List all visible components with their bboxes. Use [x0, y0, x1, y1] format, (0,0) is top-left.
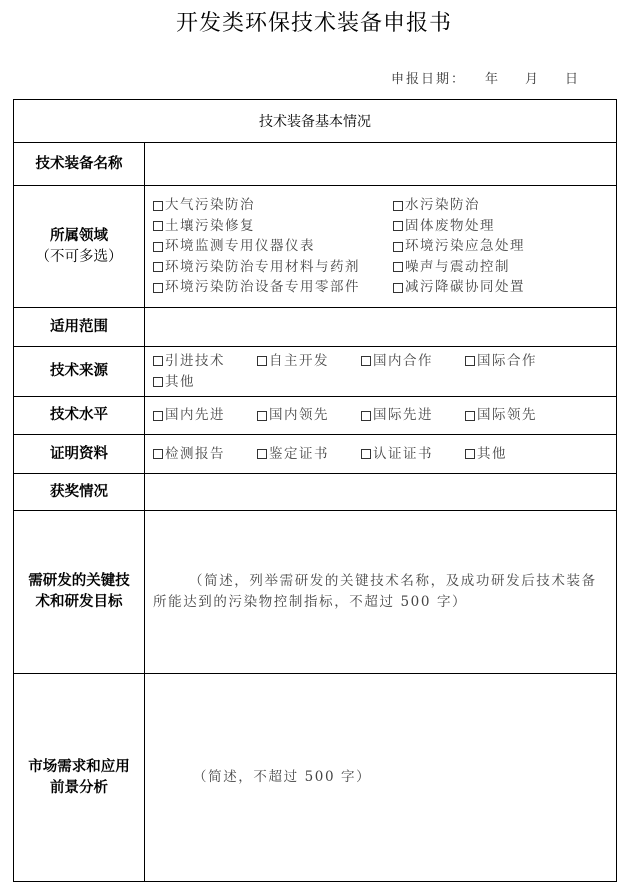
checkbox-icon[interactable]	[153, 242, 163, 252]
proof-option-certification[interactable]: 认证证书	[361, 444, 465, 465]
checkbox-icon[interactable]	[393, 242, 403, 252]
checkbox-icon[interactable]	[465, 356, 475, 366]
row-domain: 所属领域 （不可多选） 大气污染防治 水污染防治 土壤污染修复 固体废物处理 环…	[14, 186, 617, 308]
domain-option-monitoring[interactable]: 环境监测专用仪器仪表	[153, 236, 393, 257]
checkbox-icon[interactable]	[257, 449, 267, 459]
tech-source-label: 技术来源	[14, 347, 145, 397]
checkbox-icon[interactable]	[153, 283, 163, 293]
date-month-label: 月	[525, 68, 565, 87]
awards-label: 获奖情况	[14, 474, 145, 511]
checkbox-icon[interactable]	[153, 377, 163, 387]
domain-option-components[interactable]: 环境污染防治设备专用零部件	[153, 277, 393, 298]
domain-options: 大气污染防治 水污染防治 土壤污染修复 固体废物处理 环境监测专用仪器仪表 环境…	[145, 186, 617, 308]
row-rd-goals: 需研发的关键技 术和研发目标 （简述，列举需研发的关键技术名称，及成功研发后技术…	[14, 511, 617, 674]
domain-option-emergency[interactable]: 环境污染应急处理	[393, 236, 613, 257]
row-scope: 适用范围	[14, 308, 617, 347]
proof-label: 证明资料	[14, 435, 145, 474]
rd-goals-hint: （简述，列举需研发的关键技术名称，及成功研发后技术装备 所能达到的污染物控制指标…	[153, 571, 616, 613]
domain-option-materials[interactable]: 环境污染防治专用材料与药剂	[153, 257, 393, 278]
checkbox-icon[interactable]	[153, 356, 163, 366]
equipment-name-label: 技术装备名称	[14, 143, 145, 186]
checkbox-icon[interactable]	[257, 356, 267, 366]
source-option-domestic-coop[interactable]: 国内合作	[361, 351, 465, 372]
scope-label: 适用范围	[14, 308, 145, 347]
checkbox-icon[interactable]	[393, 221, 403, 231]
checkbox-icon[interactable]	[393, 283, 403, 293]
checkbox-icon[interactable]	[393, 262, 403, 272]
proof-option-appraisal[interactable]: 鉴定证书	[257, 444, 361, 465]
rd-goals-label: 需研发的关键技 术和研发目标	[14, 511, 145, 674]
domain-label-line1: 所属领域	[14, 226, 144, 247]
level-option-domestic-leading[interactable]: 国内领先	[257, 405, 361, 426]
domain-option-solid-waste[interactable]: 固体废物处理	[393, 216, 613, 237]
checkbox-icon[interactable]	[465, 449, 475, 459]
section-header: 技术装备基本情况	[14, 100, 617, 143]
scope-field[interactable]	[145, 308, 617, 347]
document-title: 开发类环保技术装备申报书	[0, 6, 628, 37]
checkbox-icon[interactable]	[153, 411, 163, 421]
awards-field[interactable]	[145, 474, 617, 511]
checkbox-icon[interactable]	[257, 411, 267, 421]
source-option-other[interactable]: 其他	[153, 372, 257, 393]
proof-option-other[interactable]: 其他	[465, 444, 569, 465]
level-option-intl-leading[interactable]: 国际领先	[465, 405, 569, 426]
checkbox-icon[interactable]	[393, 201, 403, 211]
row-awards: 获奖情况	[14, 474, 617, 511]
domain-option-carbon[interactable]: 减污降碳协同处置	[393, 277, 613, 298]
application-form-table: 技术装备基本情况 技术装备名称 所属领域 （不可多选） 大气污染防治 水污染防治…	[13, 99, 617, 882]
checkbox-icon[interactable]	[465, 411, 475, 421]
row-tech-level: 技术水平 国内先进 国内领先 国际先进 国际领先	[14, 397, 617, 435]
tech-level-options: 国内先进 国内领先 国际先进 国际领先	[145, 397, 617, 435]
level-option-domestic-advanced[interactable]: 国内先进	[153, 405, 257, 426]
domain-label-line2: （不可多选）	[14, 247, 144, 268]
checkbox-icon[interactable]	[361, 411, 371, 421]
market-field[interactable]: （简述，不超过 500 字）	[145, 674, 617, 882]
date-label: 申报日期：	[391, 68, 485, 87]
checkbox-icon[interactable]	[361, 356, 371, 366]
tech-source-options: 引进技术 自主开发 国内合作 国际合作 其他	[145, 347, 617, 397]
row-proof: 证明资料 检测报告 鉴定证书 认证证书 其他	[14, 435, 617, 474]
market-hint: （简述，不超过 500 字）	[153, 767, 616, 788]
equipment-name-field[interactable]	[145, 143, 617, 186]
row-equipment-name: 技术装备名称	[14, 143, 617, 186]
rd-goals-field[interactable]: （简述，列举需研发的关键技术名称，及成功研发后技术装备 所能达到的污染物控制指标…	[145, 511, 617, 674]
proof-option-test-report[interactable]: 检测报告	[153, 444, 257, 465]
domain-option-soil[interactable]: 土壤污染修复	[153, 216, 393, 237]
application-date: 申报日期： 年 月 日	[391, 68, 578, 87]
domain-option-water[interactable]: 水污染防治	[393, 195, 613, 216]
level-option-intl-advanced[interactable]: 国际先进	[361, 405, 465, 426]
checkbox-icon[interactable]	[361, 449, 371, 459]
date-year-label: 年	[485, 68, 525, 87]
source-option-import[interactable]: 引进技术	[153, 351, 257, 372]
tech-level-label: 技术水平	[14, 397, 145, 435]
checkbox-icon[interactable]	[153, 262, 163, 272]
checkbox-icon[interactable]	[153, 201, 163, 211]
date-day-label: 日	[565, 68, 578, 87]
checkbox-icon[interactable]	[153, 221, 163, 231]
row-market: 市场需求和应用 前景分析 （简述，不超过 500 字）	[14, 674, 617, 882]
checkbox-icon[interactable]	[153, 449, 163, 459]
source-option-independent[interactable]: 自主开发	[257, 351, 361, 372]
source-option-intl-coop[interactable]: 国际合作	[465, 351, 569, 372]
row-tech-source: 技术来源 引进技术 自主开发 国内合作 国际合作 其他	[14, 347, 617, 397]
market-label: 市场需求和应用 前景分析	[14, 674, 145, 882]
domain-option-noise[interactable]: 噪声与震动控制	[393, 257, 613, 278]
domain-option-air[interactable]: 大气污染防治	[153, 195, 393, 216]
proof-options: 检测报告 鉴定证书 认证证书 其他	[145, 435, 617, 474]
domain-label: 所属领域 （不可多选）	[14, 186, 145, 308]
